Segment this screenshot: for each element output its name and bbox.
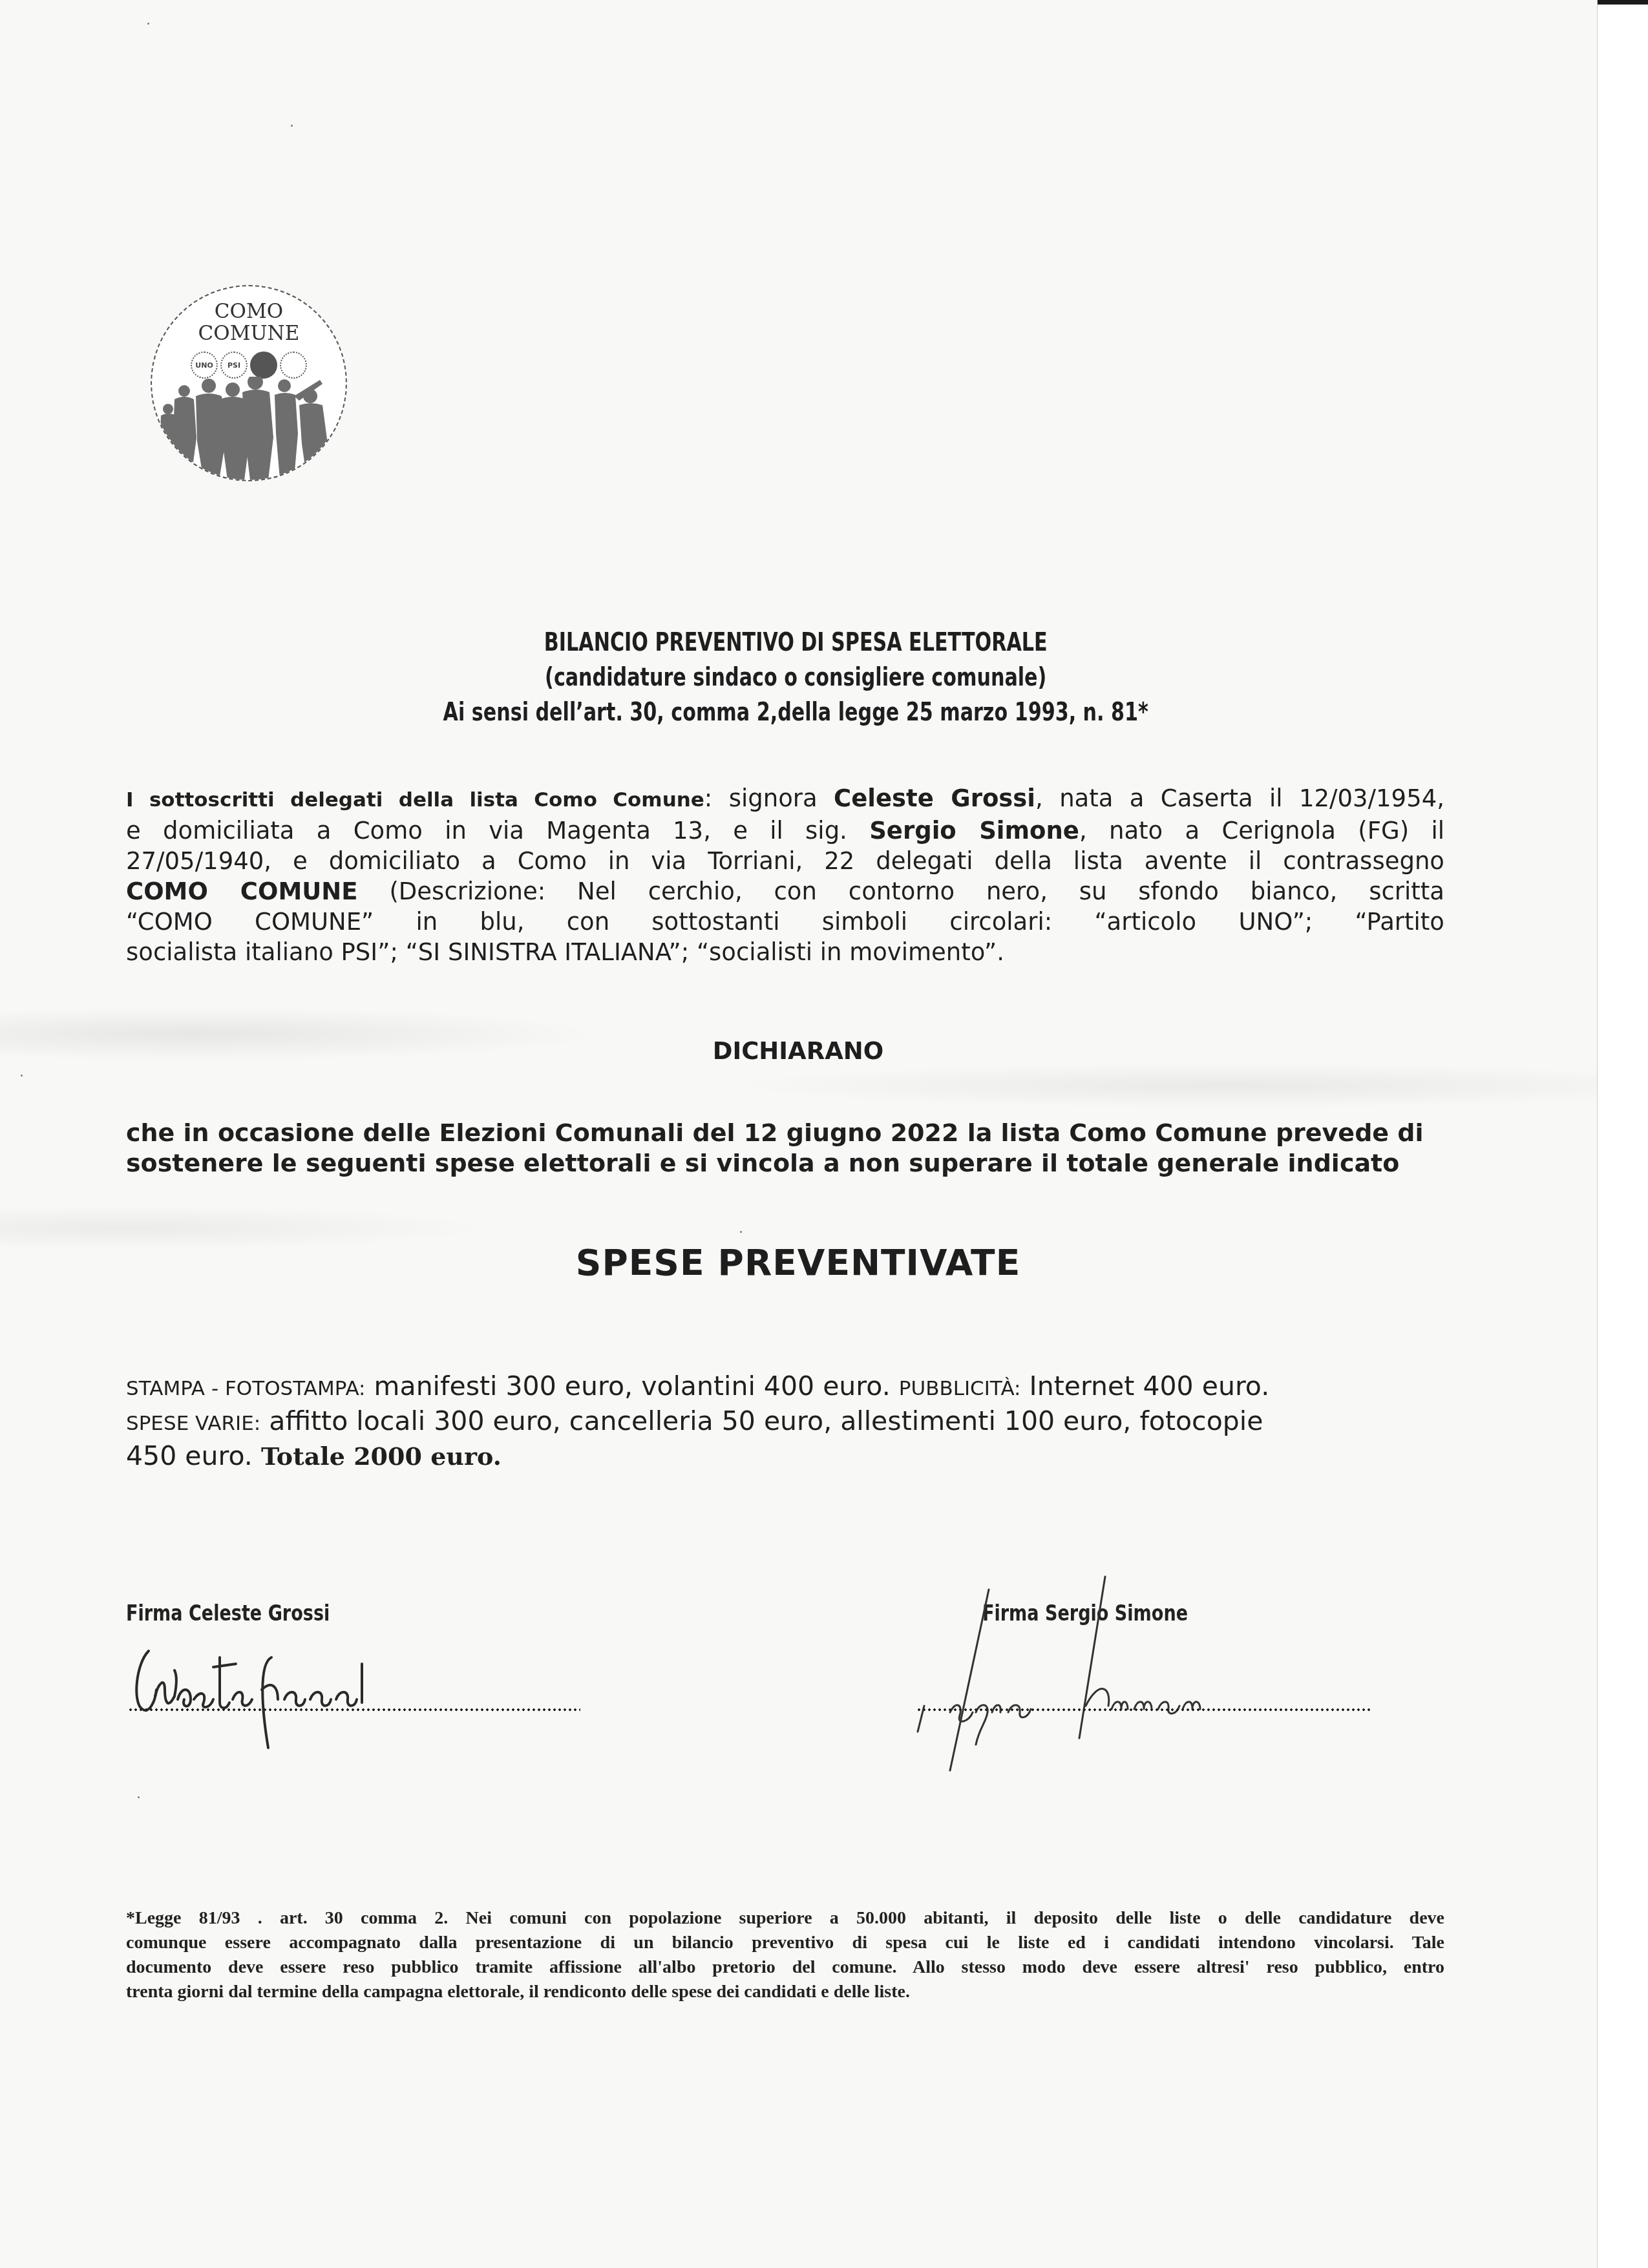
scanned-page: COMO COMUNE UNO PSI xyxy=(0,0,1596,2268)
expenses-line-3: 450 euro. Totale 2000 euro. xyxy=(126,1440,1444,1473)
handwritten-signature-sergio-simone xyxy=(911,1577,1377,1773)
intro-line-3: 27/05/1940, e domiciliato a Como in via … xyxy=(126,846,1444,876)
logo-title-line2: COMUNE xyxy=(152,322,346,344)
signature-scribble-icon xyxy=(129,1638,427,1754)
expenses-heading: SPESE PREVENTIVATE xyxy=(0,1242,1596,1283)
expenses-line-2: SPESE VARIE: affitto locali 300 euro, ca… xyxy=(126,1405,1444,1440)
intro-line-2: e domiciliata a Como in via Magenta 13, … xyxy=(126,815,1444,846)
scan-speck xyxy=(138,1796,140,1798)
scan-speck xyxy=(291,125,293,127)
sinistra-italiana-symbol-icon xyxy=(250,352,277,379)
footnote-line-1: *Legge 81/93 . art. 30 comma 2. Nei comu… xyxy=(126,1906,1444,1931)
footnote-line-4: trenta giorni dal termine della campagna… xyxy=(126,1980,1444,2004)
scanner-edge-bar xyxy=(1598,0,1648,5)
category-label-varie: SPESE VARIE: xyxy=(126,1412,260,1435)
intro-text: : signora xyxy=(704,784,834,812)
category-items-varie: affitto locali 300 euro, cancelleria 50 … xyxy=(260,1405,1263,1436)
psi-symbol-icon: PSI xyxy=(220,352,248,379)
intro-text: (Descrizione: Nel cerchio, con contorno … xyxy=(358,877,1444,905)
category-label-stampa: STAMPA - FOTOSTAMPA: xyxy=(126,1377,366,1400)
footnote-line-2: comunque essere accompagnato dalla prese… xyxy=(126,1931,1444,1955)
list-emblem-name: COMO COMUNE xyxy=(126,877,358,905)
logo-title-line1: COMO xyxy=(152,300,346,322)
title-line-3: Ai sensi dell’art. 30, comma 2,della leg… xyxy=(109,695,1482,730)
intro-line-5: “COMO COMUNE” in blu, con sottostanti si… xyxy=(126,907,1444,937)
intro-line-4: COMO COMUNE (Descrizione: Nel cerchio, c… xyxy=(126,876,1444,907)
intro-text: , nato a Cerignola (FG) il xyxy=(1079,817,1444,845)
people-silhouette-icon xyxy=(152,377,346,480)
declaration-paragraph: che in occasione delle Elezioni Comunali… xyxy=(126,1118,1444,1179)
signature-line-left xyxy=(128,1708,580,1712)
declaration-line-2: sostenere le seguenti spese elettorali e… xyxy=(126,1148,1444,1179)
party-logo: COMO COMUNE UNO PSI xyxy=(151,285,347,481)
expenses-total: Totale 2000 euro. xyxy=(261,1442,502,1471)
handwritten-signature-celeste-grossi xyxy=(129,1638,427,1757)
scan-speck xyxy=(740,1231,742,1233)
declaration-line-1: che in occasione delle Elezioni Comunali… xyxy=(126,1118,1444,1148)
intro-text: , nata a Caserta il 12/03/1954, xyxy=(1035,784,1444,812)
delegate-name-1: Celeste Grossi xyxy=(834,784,1035,812)
articolo-uno-symbol-icon: UNO xyxy=(191,352,218,379)
logo-symbols: UNO PSI xyxy=(191,351,307,379)
signature-label-left: Firma Celeste Grossi xyxy=(126,1601,330,1626)
intro-text: e domiciliata a Como in via Magenta 13, … xyxy=(126,817,869,845)
signature-scribble-icon xyxy=(911,1577,1377,1770)
socialisti-in-movimento-symbol-icon xyxy=(280,352,307,379)
scanner-edge-strip xyxy=(1597,0,1648,2268)
title-line-1: BILANCIO PREVENTIVO DI SPESA ELETTORALE xyxy=(109,625,1482,660)
intro-line-6: socialista italiano PSI”; “SI SINISTRA I… xyxy=(126,937,1444,967)
delegate-name-2: Sergio Simone xyxy=(869,817,1079,845)
title-line-2: (candidature sindaco o consigliere comun… xyxy=(109,660,1482,695)
category-items-varie-cont: 450 euro. xyxy=(126,1440,261,1471)
footnote-line-3: documento deve essere reso pubblico tram… xyxy=(126,1955,1444,1980)
intro-line-1: I sottoscritti delegati della lista Como… xyxy=(126,783,1444,815)
declare-heading: DICHIARANO xyxy=(0,1037,1596,1065)
scan-speck xyxy=(147,23,149,25)
category-items-pubblicita: Internet 400 euro. xyxy=(1021,1370,1270,1402)
category-items-stampa: manifesti 300 euro, volantini 400 euro. xyxy=(366,1370,899,1402)
signature-line-right xyxy=(916,1708,1370,1712)
legal-footnote: *Legge 81/93 . art. 30 comma 2. Nei comu… xyxy=(126,1906,1444,2004)
scan-speck xyxy=(21,1075,23,1076)
expenses-line-1: STAMPA - FOTOSTAMPA: manifesti 300 euro,… xyxy=(126,1370,1444,1405)
expenses-list: STAMPA - FOTOSTAMPA: manifesti 300 euro,… xyxy=(126,1370,1444,1473)
document-title: BILANCIO PREVENTIVO DI SPESA ELETTORALE … xyxy=(109,625,1482,730)
category-label-pubblicita: PUBBLICITÀ: xyxy=(899,1377,1021,1400)
intro-lista-label: I sottoscritti delegati della lista Como… xyxy=(126,788,704,812)
intro-paragraph: I sottoscritti delegati della lista Como… xyxy=(126,783,1444,967)
